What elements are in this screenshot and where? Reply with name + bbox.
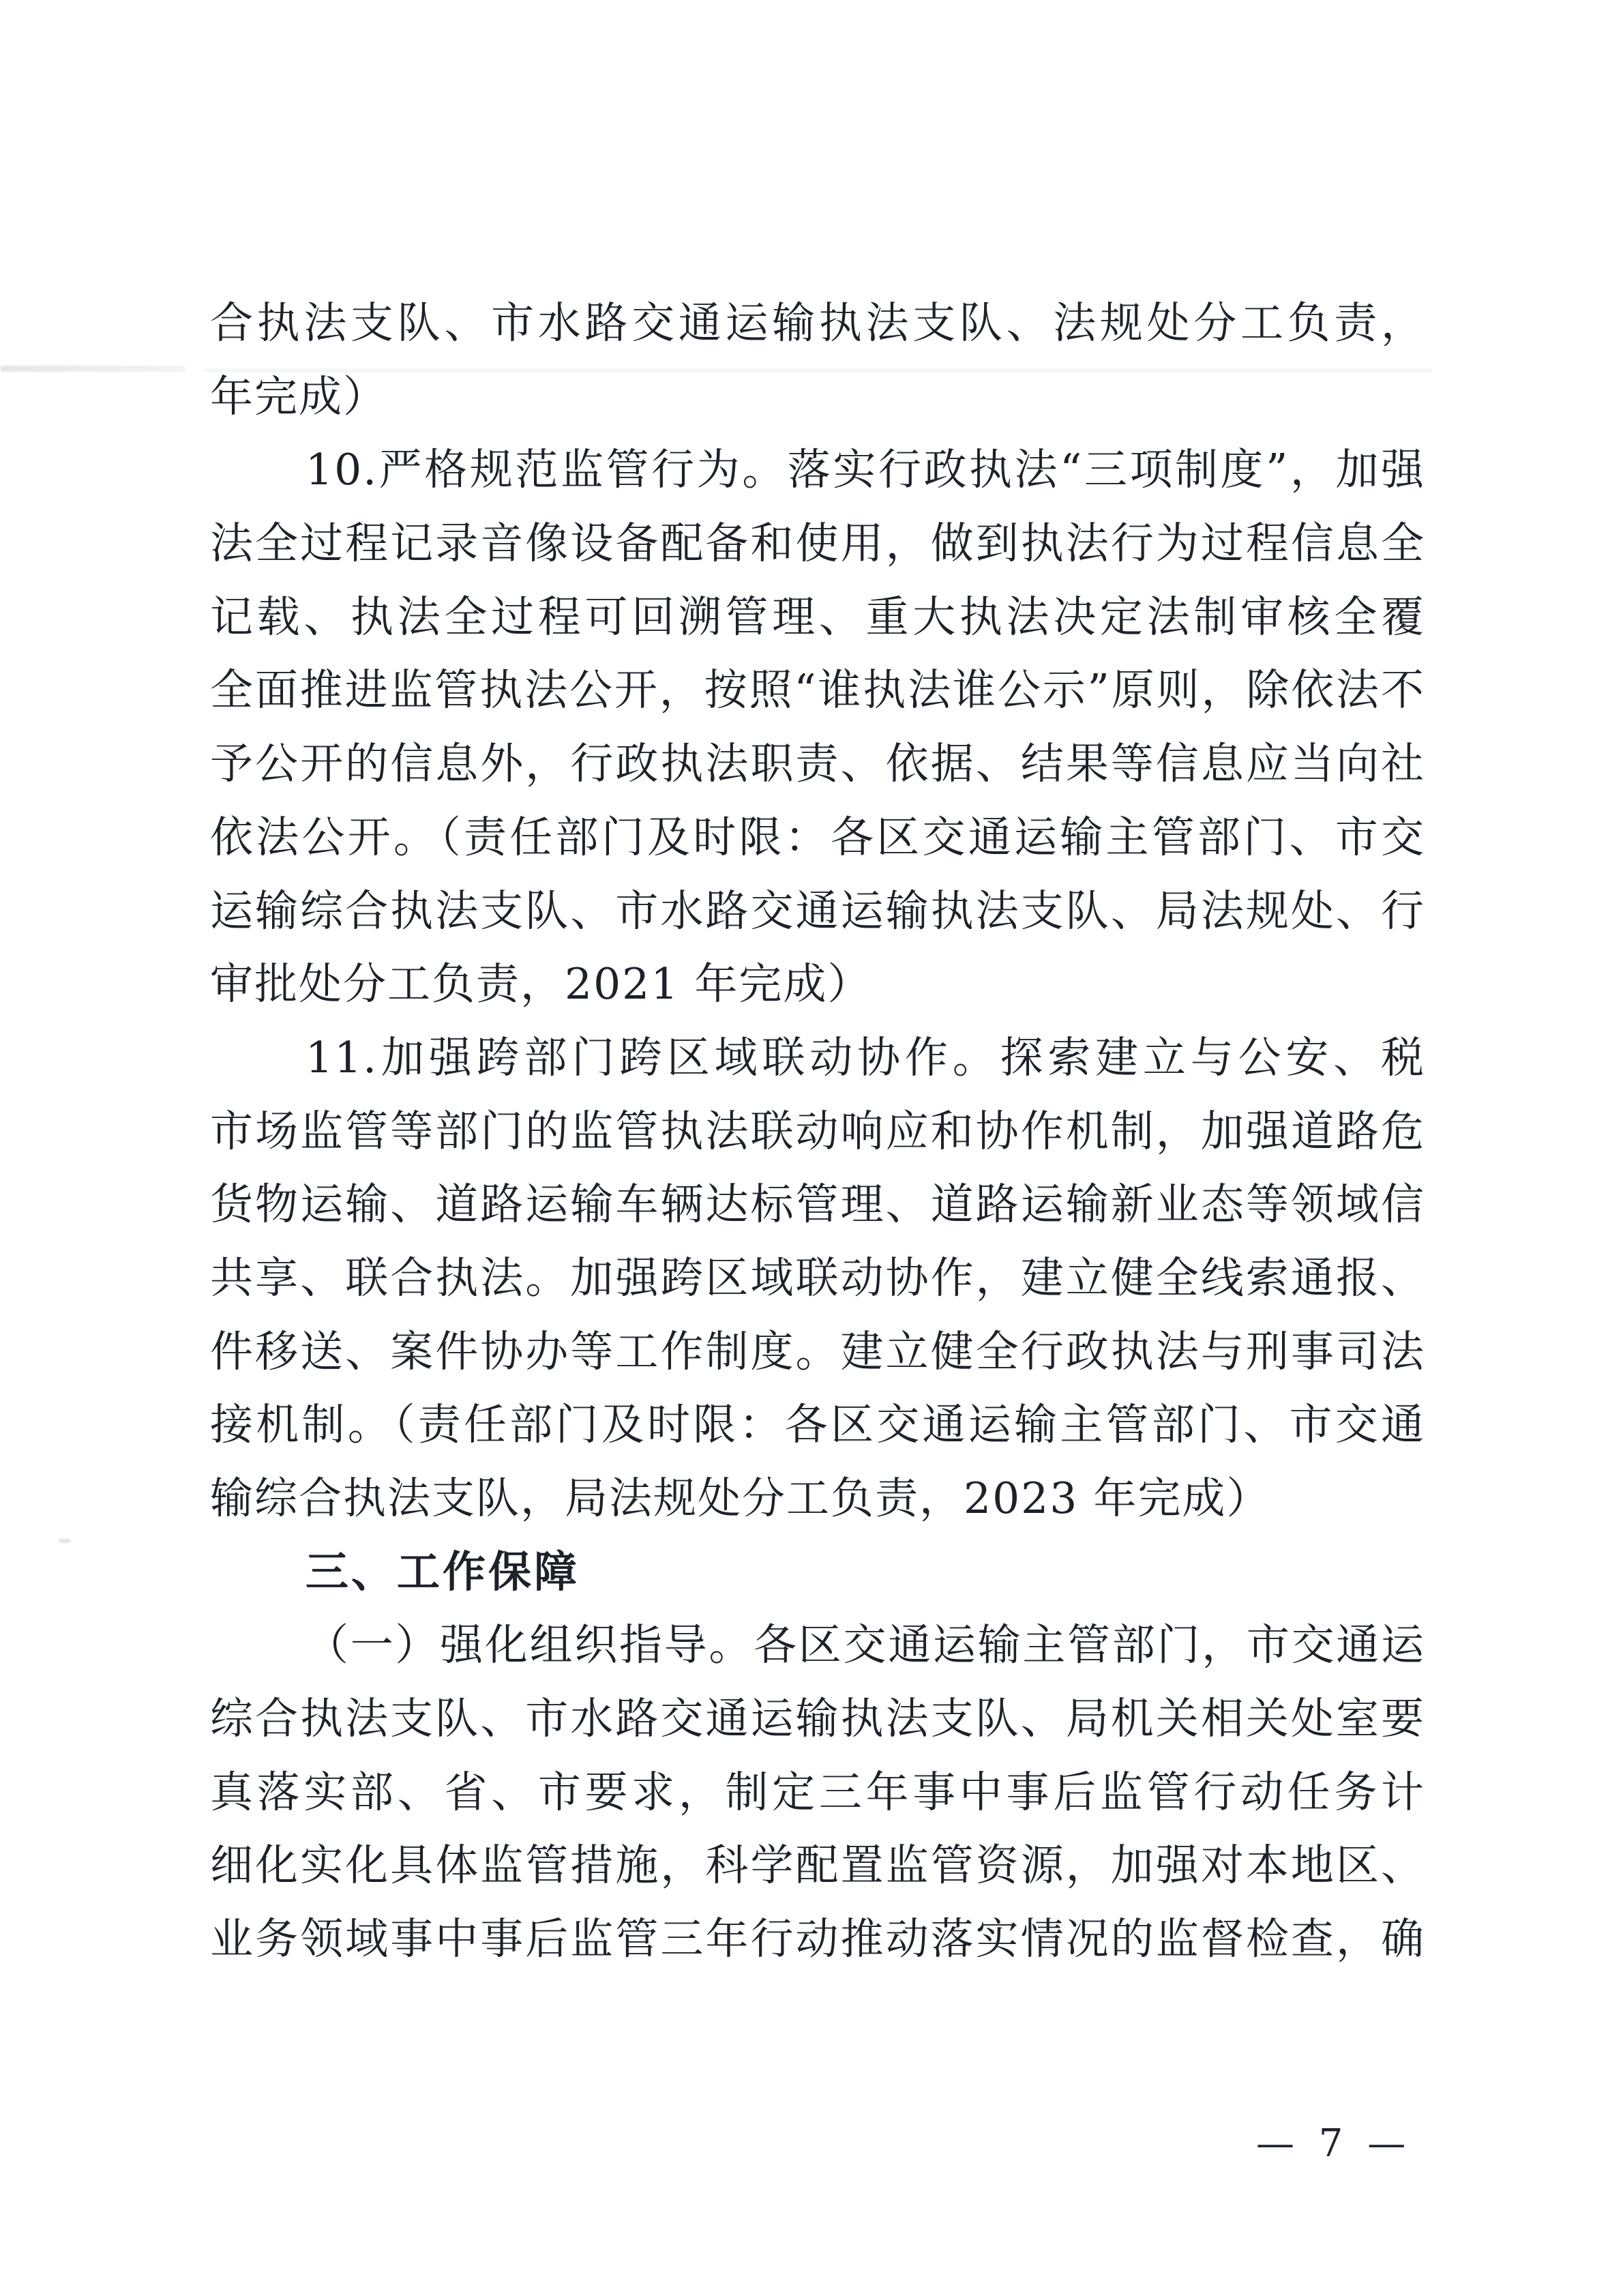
- scan-artifact: [59, 1539, 71, 1543]
- text-line: 输综合执法支队，局法规处分工负责，2023 年完成）: [210, 1462, 1425, 1535]
- text-line: 货物运输、道路运输车辆达标管理、道路运输新业态等领域信息: [210, 1168, 1425, 1241]
- text-line: 运输综合执法支队、市水路交通运输执法支队、局法规处、行政: [210, 874, 1425, 948]
- document-page: 合执法支队、市水路交通运输执法支队、法规处分工负责，2023 年完成） 10.严…: [0, 0, 1623, 2296]
- text-line: 予公开的信息外，行政执法职责、依据、结果等信息应当向社会: [210, 727, 1425, 801]
- text-line: 细化实化具体监管措施，科学配置监管资源，加强对本地区、本: [210, 1829, 1425, 1902]
- text-line: 真落实部、省、市要求，制定三年事中事后监管行动任务计划。: [210, 1756, 1425, 1829]
- scan-artifact: [0, 366, 185, 372]
- text-line: 件移送、案件协办等工作制度。建立健全行政执法与刑事司法衔: [210, 1315, 1425, 1389]
- text-line: 10.严格规范监管行为。落实行政执法“三项制度”，加强执: [210, 433, 1425, 507]
- text-line: 业务领域事中事后监管三年行动推动落实情况的监督检查，确保: [210, 1902, 1425, 1976]
- text-line: 合执法支队、市水路交通运输执法支队、法规处分工负责，2023: [210, 286, 1425, 360]
- text-line: 市场监管等部门的监管执法联动响应和协作机制，加强道路危险: [210, 1095, 1425, 1168]
- text-line: 全面推进监管执法公开，按照“谁执法谁公示”原则，除依法不: [210, 653, 1425, 727]
- text-line: 审批处分工负责，2021 年完成）: [210, 947, 1425, 1021]
- text-line: 11.加强跨部门跨区域联动协作。探索建立与公安、税务、: [210, 1021, 1425, 1095]
- text-line: 年完成）: [210, 360, 1425, 434]
- text-line: 综合执法支队、市水路交通运输执法支队、局机关相关处室要认: [210, 1682, 1425, 1756]
- text-line: 共享、联合执法。加强跨区域联动协作，建立健全线索通报、案: [210, 1241, 1425, 1315]
- text-line: 法全过程记录音像设备配备和使用，做到执法行为过程信息全程: [210, 507, 1425, 580]
- document-body: 合执法支队、市水路交通运输执法支队、法规处分工负责，2023 年完成） 10.严…: [210, 286, 1425, 1976]
- section-heading: 三、工作保障: [210, 1535, 1425, 1609]
- text-line: 依法公开。（责任部门及时限：各区交通运输主管部门、市交通: [210, 801, 1425, 874]
- page-number: — 7 —: [1256, 2121, 1412, 2166]
- text-line: （一）强化组织指导。各区交通运输主管部门，市交通运输: [210, 1608, 1425, 1682]
- text-line: 记载、执法全过程可回溯管理、重大执法决定法制审核全覆盖。: [210, 580, 1425, 654]
- text-line: 接机制。（责任部门及时限：各区交通运输主管部门、市交通运: [210, 1388, 1425, 1462]
